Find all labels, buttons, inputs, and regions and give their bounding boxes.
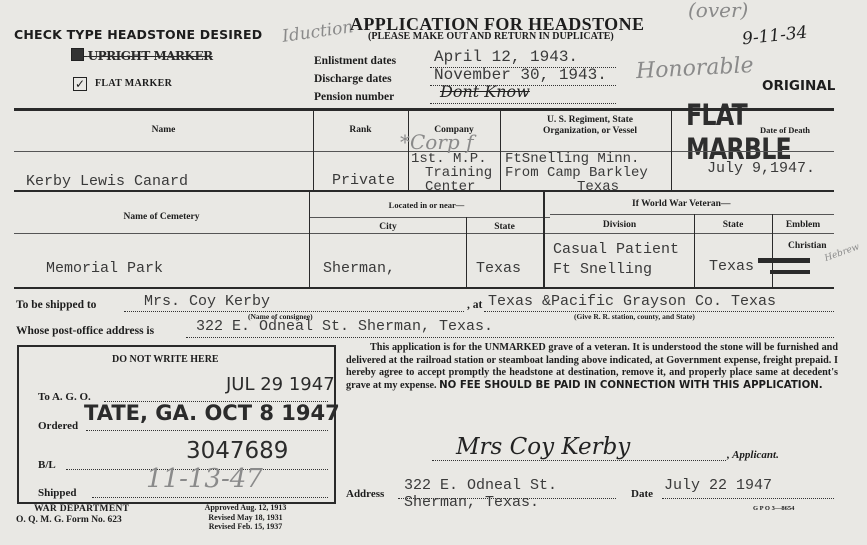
header-regiment: U. S. Regiment, State Organization, or V… [520,115,660,137]
date-note: 9-11-34 [741,23,808,50]
revised-date: Revised May 18, 1931 [188,513,303,523]
address-label: Address [346,488,384,500]
date-label: Date [631,488,653,500]
upright-marker-label: UPRIGHT MARKER [88,49,213,63]
upright-marker-option[interactable]: UPRIGHT MARKER [71,48,213,63]
shipped-date: 11-13-47 [146,464,263,494]
header-state: State [466,222,543,232]
regiment-line: FtSnelling Minn. [505,152,648,166]
header-emblem: Emblem [772,220,834,230]
station-caption: (Give R. R. station, county, and State) [574,312,695,321]
ship-to-label: To be shipped to [16,299,96,311]
date-of-death-value[interactable]: July 9,1947. [707,160,815,177]
applicant-signature[interactable]: Mrs Coy Kerby [456,434,630,460]
emblem-redacted-none [770,270,810,274]
honorable-note: Honorable [635,53,754,84]
shipped-label: Shipped [38,487,77,499]
flat-marker-label: FLAT MARKER [95,78,172,89]
no-fee-notice: NO FEE SHOULD BE PAID IN CONNECTION WITH… [439,380,823,391]
war-department: WAR DEPARTMENT [34,504,129,514]
regiment-line: Texas [505,180,648,194]
form-subtitle: (PLEASE MAKE OUT AND RETURN IN DUPLICATE… [368,31,614,42]
division-line: Casual Patient [553,240,679,260]
table2-header-rule [14,233,834,234]
deceased-rank[interactable]: Private [332,172,395,189]
application-date[interactable]: July 22 1947 [664,477,772,494]
col-divider [671,111,672,191]
regiment-line: From Camp Barkley [505,166,648,180]
agreement-statement: This application is for the UNMARKED gra… [346,342,838,392]
col-divider [543,192,545,287]
emblem-christian[interactable]: Christian [788,241,827,251]
header-cemetery: Name of Cemetery [14,212,309,222]
check-icon: ✓ [75,77,85,91]
company-value[interactable]: 1st. M.P. Training Center [411,152,492,194]
shipped-line [92,497,328,498]
over-note: (over) [688,0,748,22]
form-revision-history: Approved Aug. 12, 1913 Revised May 18, 1… [188,503,303,532]
deceased-name[interactable]: Kerby Lewis Canard [26,173,188,190]
date-line [662,498,834,499]
po-address-value[interactable]: 322 E. Odneal St. Sherman, Texas. [196,318,493,335]
company-line: 1st. M.P. [411,152,492,166]
div-state-value[interactable]: Texas [709,258,754,275]
pension-label: Pension number [314,91,394,103]
cemetery-value[interactable]: Memorial Park [46,260,163,277]
division-line: Ft Snelling [553,260,679,280]
table1-top-rule [14,108,834,111]
company-line: Center [411,180,492,194]
signature-line [432,460,726,461]
col-divider [313,111,314,191]
table2-bottom-rule [14,287,834,289]
pension-line [430,103,616,104]
company-line: Training [411,166,492,180]
ship-to-value[interactable]: Mrs. Coy Kerby [144,293,270,310]
flat-marker-checkbox[interactable]: ✓ [73,77,87,91]
header-name: Name [14,125,313,135]
applicant-address[interactable]: 322 E. Odneal St. Sherman, Texas. [404,477,557,511]
po-address-line [186,337,834,338]
division-value[interactable]: Casual Patient Ft Snelling [553,240,679,280]
pencil-note-induction: Iduction [281,17,355,47]
gpo-code: G P O 3—8654 [753,505,794,512]
approved-date: Approved Aug. 12, 1913 [188,503,303,513]
header-city: City [310,222,466,232]
state-value[interactable]: Texas [476,260,521,277]
copy-label: ORIGINAL [762,78,835,94]
headstone-type-heading: CHECK TYPE HEADSTONE DESIRED [14,27,262,42]
col-divider [500,111,501,191]
ago-label: To A. G. O. [38,391,91,403]
enlistment-value[interactable]: April 12, 1943. [434,48,578,66]
emblem-pencil-note: Hebrew [823,242,861,264]
at-label: , at [467,299,482,311]
header-date-of-death: Date of Death [740,125,830,135]
header-ww-veteran: If World War Veteran— [632,199,730,209]
ordered-stamp: TATE, GA. OCT 8 1947 [84,401,340,425]
pension-value[interactable]: Dont Know [440,82,530,101]
station-value[interactable]: Texas &Pacific Grayson Co. Texas [488,293,776,310]
ordered-label: Ordered [38,420,78,432]
table2-subheader-rule [550,214,834,215]
header-rank: Rank [313,125,408,135]
discharge-label: Discharge dates [314,73,392,85]
header-div-state: State [694,220,772,230]
enlistment-label: Enlistment dates [314,55,396,67]
table2-subheader-rule [310,217,550,218]
emblem-redacted-hebrew [758,258,810,263]
ordered-line [86,430,328,431]
address-line-2: Sherman, Texas. [404,494,557,511]
header-division: Division [545,220,694,230]
office-box-heading: DO NOT WRITE HERE [112,354,219,365]
address-line-1: 322 E. Odneal St. [404,477,557,494]
regiment-value[interactable]: FtSnelling Minn. From Camp Barkley Texas [505,152,648,194]
upright-marker-checkbox[interactable] [71,48,84,61]
bl-label: B/L [38,459,56,471]
form-number: O. Q. M. G. Form No. 623 [16,515,122,525]
header-located: Located in or near— [310,200,543,210]
bl-number: 3047689 [186,438,288,464]
city-value[interactable]: Sherman, [323,260,395,277]
ago-stamp: JUL 29 1947 [226,374,335,395]
applicant-label: , Applicant. [727,449,779,461]
revised-date: Revised Feb. 15, 1937 [188,522,303,532]
po-address-label: Whose post-office address is [16,325,154,337]
